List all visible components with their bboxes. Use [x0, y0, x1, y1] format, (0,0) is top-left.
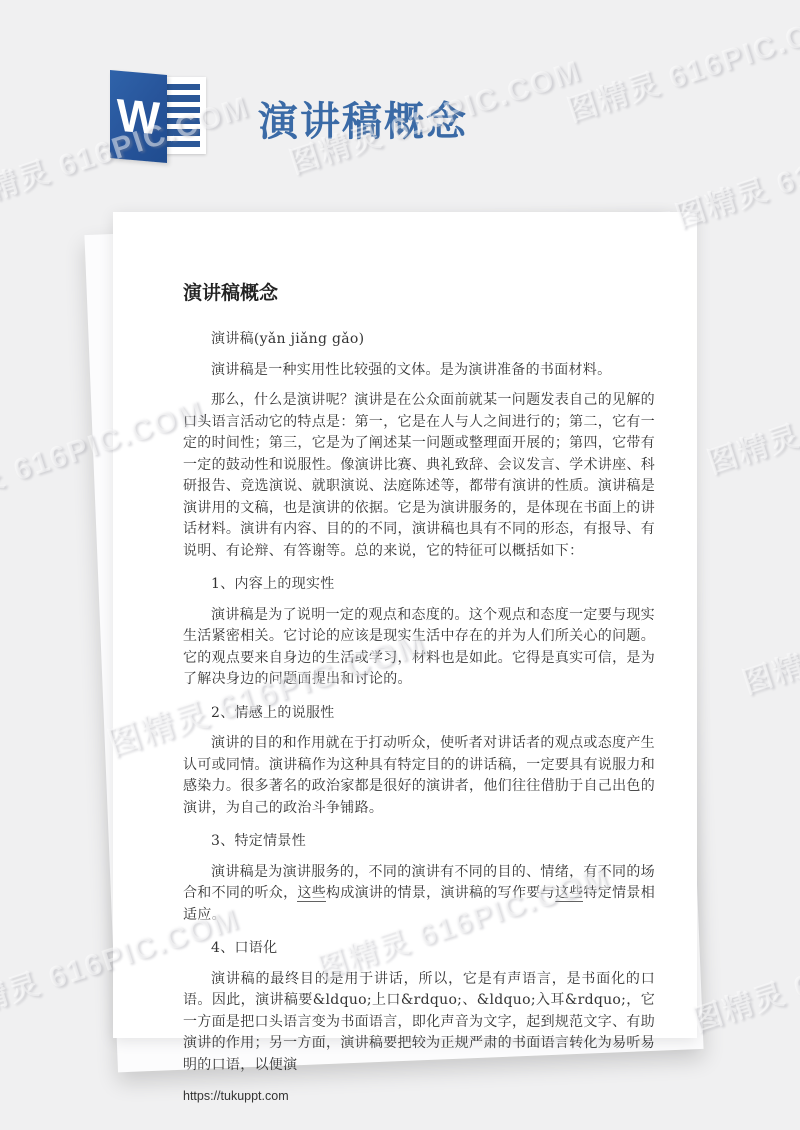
page-background: { "page": { "background_color": "#f0f0f1…	[0, 0, 800, 1130]
word-logo-icon: W	[110, 70, 208, 160]
document-page: 演讲稿概念 演讲稿(yǎn jiǎng gǎo) 演讲稿是一种实用性比较强的文体…	[113, 212, 697, 1038]
watermark: 图精灵 616PIC.COM	[736, 566, 800, 702]
section-4-paragraph: 演讲稿的最终目的是用于讲话，所以，它是有声语言，是书面化的口语。因此，演讲稿要&…	[183, 969, 655, 1077]
document-overview-paragraph: 那么，什么是演讲呢？演讲是在公众面前就某一问题发表自己的见解的口头语言活动它的特…	[183, 390, 655, 562]
document-footer-url: https://tukuppt.com	[183, 1089, 655, 1103]
document-intro: 演讲稿是一种实用性比较强的文体。是为演讲准备的书面材料。	[183, 360, 655, 382]
watermark: 图精灵 616PIC.COM	[701, 346, 800, 482]
document-title: 演讲稿概念	[183, 278, 655, 305]
document-subtitle: 演讲稿(yǎn jiǎng gǎo)	[183, 329, 655, 351]
section-1-heading: 1、内容上的现实性	[183, 574, 655, 596]
section-3-underlined-word: 这些	[555, 885, 584, 902]
site-header: W 演讲稿概念	[110, 68, 710, 164]
word-logo-letter: W	[117, 92, 160, 142]
section-2-paragraph: 演讲的目的和作用就在于打动听众，使听者对讲话者的观点或态度产生认可或同情。演讲稿…	[183, 733, 655, 819]
watermark: 图精灵 616PIC.COM	[686, 904, 800, 1040]
section-3-paragraph: 演讲稿是为演讲服务的，不同的演讲有不同的目的、情绪，有不同的场合和不同的听众，这…	[183, 862, 655, 927]
section-4-heading: 4、口语化	[183, 938, 655, 960]
section-3-segment: 构成演讲的情景，演讲稿的写作要与	[326, 885, 555, 901]
word-logo-flap: W	[110, 70, 167, 163]
section-3-heading: 3、特定情景性	[183, 831, 655, 853]
section-1-paragraph: 演讲稿是为了说明一定的观点和态度的。这个观点和态度一定要与现实生活紧密相关。它讨…	[183, 605, 655, 691]
page-title: 演讲稿概念	[258, 90, 468, 147]
section-3-underlined-word: 这些	[297, 885, 326, 902]
section-2-heading: 2、情感上的说服性	[183, 703, 655, 725]
